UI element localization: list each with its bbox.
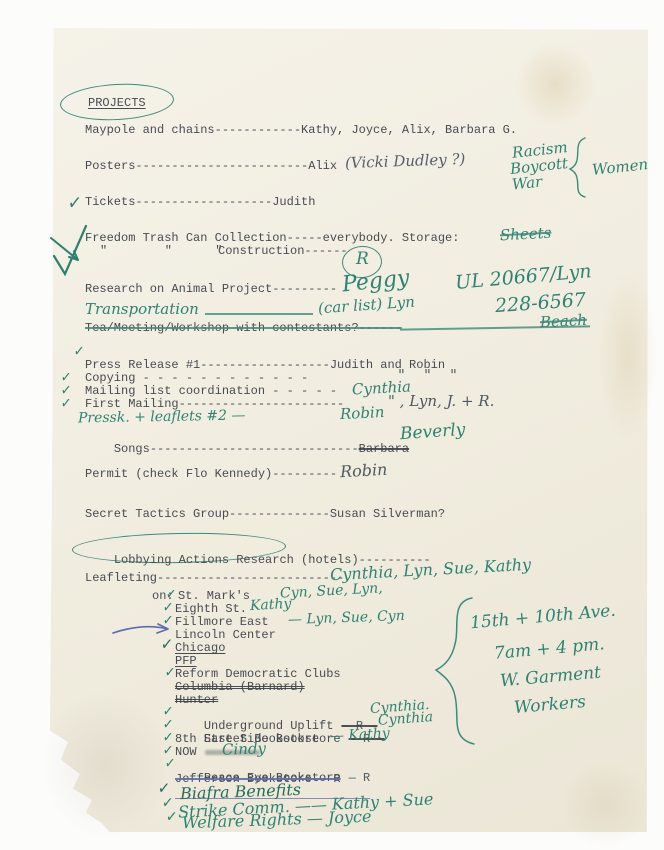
check-icon: ✓ bbox=[160, 635, 174, 655]
handwritten-permit-robin: Robin bbox=[340, 462, 388, 479]
songs-label: Songs----------------------------- bbox=[114, 442, 359, 456]
typed-line-posters: Posters------------------------Alix bbox=[85, 160, 337, 173]
page-title: PROJECTS bbox=[88, 97, 146, 110]
handwritten-war: War bbox=[511, 174, 543, 192]
handwritten-press-leaflets: Pressk. + leaflets #2 — bbox=[78, 409, 246, 427]
handwritten-vicki-dudley: (Vicki Dudley ?) bbox=[345, 152, 466, 171]
check-icon: ✓ bbox=[165, 808, 178, 827]
typed-target-hunter-struck: Hunter bbox=[175, 694, 218, 707]
handwritten-beach-struck: Beach bbox=[540, 313, 588, 330]
typed-line-maypole: Maypole and chains------------Kathy, Joy… bbox=[85, 124, 517, 137]
handwritten-beverly: Beverly bbox=[400, 423, 466, 443]
brace-icon bbox=[568, 136, 590, 198]
typed-line-secret-tactics: Secret Tactics Group--------------Susan … bbox=[85, 508, 445, 521]
handwritten-circled-r: R bbox=[356, 252, 369, 267]
handwritten-now-cindy: Cindy bbox=[222, 741, 267, 758]
peace-eye-r: — R bbox=[349, 771, 371, 785]
check-icon: ✓ bbox=[67, 190, 83, 214]
handwritten-storage-note-struck: Sheets bbox=[500, 226, 552, 244]
typed-line-tickets: Tickets-------------------Judith bbox=[85, 196, 315, 209]
handwritten-transportation: Transportation bbox=[85, 302, 199, 317]
check-icon: ✓ bbox=[73, 342, 85, 360]
typed-line-permit: Permit (check Flo Kennedy)--------- bbox=[85, 468, 337, 481]
lobbying-circled-text: Lobbying Actions Research bbox=[114, 553, 301, 567]
check-arrow-icon bbox=[50, 220, 90, 282]
typed-target-now: NOW bbox=[175, 746, 197, 759]
handwritten-first-mailing-names: " , Lyn, J. + R. bbox=[388, 394, 494, 409]
handwritten-peggy: Peggy bbox=[341, 271, 410, 293]
check-icon: ✓ bbox=[60, 394, 72, 412]
typed-line-research: Research on Animal Project--------- bbox=[85, 283, 337, 296]
handwritten-8th-street-names: — Kathy bbox=[330, 726, 391, 744]
typed-line-construction-dittos: " " " bbox=[100, 245, 222, 258]
handwritten-dash-line bbox=[205, 313, 313, 315]
typed-line-leafleting: Leafleting-------------------------- bbox=[85, 572, 344, 585]
scanned-document: PROJECTS Maypole and chains------------K… bbox=[0, 0, 664, 850]
handwritten-press-leaflets-robin: Robin bbox=[340, 405, 385, 422]
handwritten-eighth-names: Kathy bbox=[250, 597, 292, 614]
typed-line-tea-struck: Tea/Meeting/Workshop with contestants?--… bbox=[85, 322, 402, 335]
typed-line-construction: Construction------ bbox=[218, 245, 348, 258]
